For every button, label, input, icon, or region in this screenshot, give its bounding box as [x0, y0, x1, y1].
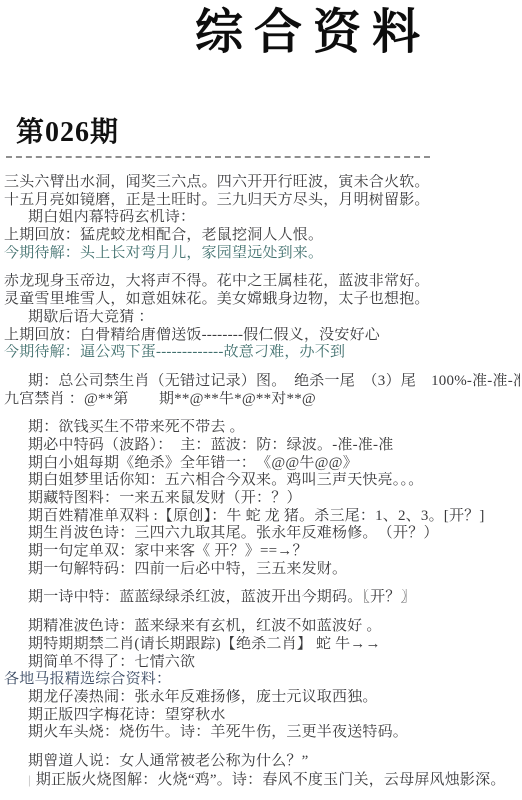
text-line: |期正版火烧图解：火烧“鸡”。诗：春风不度玉门关，云母屏风烛影深。: [4, 771, 520, 789]
text-line: 期必中特码（波路）： 主：蓝波：防：绿波。-准-准-准: [4, 437, 520, 455]
text-line: 期白姐梦里话你知：五六相合今双来。鸡叫三声天快亮。。。: [4, 472, 520, 490]
text-line: 灵童雪里堆雪人，如意姐妹花。美女嫦蛾身边物，太子也想抱。: [4, 291, 520, 309]
text-line: 期一句定单双：家中来客《 开？》==→？: [4, 543, 520, 561]
text-line: 期歇后语大竞猜 ：: [4, 309, 520, 327]
text-line: 期藏特图料：一来五来鼠发财（开：？）: [4, 490, 520, 508]
blank-line: [4, 408, 520, 419]
text-line: 各地马报精选综合资料：: [4, 671, 520, 689]
text-line: 期火车头烧：烧伤牛。诗：羊死牛伤，三更半夜送特码。: [4, 724, 520, 742]
text-line: 期白小姐每期《绝杀》全年错一： 《@@牛@@》: [4, 455, 520, 473]
text-line: 期：总公司禁生肖（无错过记录）图。 绝杀一尾 （3）尾 100%-准-准-准: [4, 373, 520, 391]
text-line: 期特期期禁二肖(请长期跟踪)【绝杀二肖】 蛇 牛→→: [4, 636, 520, 654]
text-line: 上期回放：白骨精给唐僧送饭--------假仁假义，没安好心: [4, 327, 520, 345]
text-line: 期曾道人说：女人通常被老公称为什么？”: [4, 753, 520, 771]
text-line: 期精准波色诗：蓝来绿来有玄机，红波不如蓝波好 。: [4, 618, 520, 636]
issue-heading: 第026期: [16, 110, 119, 150]
text-line: 九宫禁肖 ：@**第 期**@**牛*@**对**@: [4, 391, 520, 409]
text-line: 期白姐内幕特码玄机诗：: [4, 209, 520, 227]
blank-line: [4, 362, 520, 373]
text-line: 三头六臂出水洞，闻奖三六点。四六开开行旺波，寅未合火软。: [4, 174, 520, 192]
margin-tick: |: [28, 772, 31, 787]
text-line: 期一诗中特：蓝蓝绿绿杀红波，蓝波开出今期码。〖开？〗: [4, 589, 520, 607]
text-line: 赤龙现身玉帝边，大将声不得。花中之王属桂花，蓝波非常好。: [4, 273, 520, 291]
blank-line: [4, 262, 520, 273]
text-line: 十五月亮如镜磨，正是土旺时。三九归天方尽头，月明树留影。: [4, 192, 520, 210]
blank-line: [4, 578, 520, 589]
text-line: 期生肖波色诗：三四六九取其尾。张永年反难杨修。 （开？）: [4, 525, 520, 543]
document-page: 综合资料 第026期 三头六臂出水洞，闻奖三六点。四六开开行旺波，寅未合火软。十…: [0, 0, 522, 800]
text-line: 期简单不得了：七情六欲: [4, 654, 520, 672]
text-line: 今期待解：逼公鸡下蛋-------------故意刁难，办不到: [4, 344, 520, 362]
text-line: 期：欲钱买生不带来死不带去 。: [4, 419, 520, 437]
blank-line: [4, 742, 520, 753]
text-line: 期龙仔凑热闹：张永年反难扬修，庞士元议取西独。: [4, 689, 520, 707]
text-line: 上期回放：猛虎蛟龙相配合，老鼠挖洞人人恨。: [4, 227, 520, 245]
text-line: 期正版四字梅花诗：望穿秋水: [4, 707, 520, 725]
blank-line: [4, 607, 520, 618]
text-line: 今期待解：头上长对弯月儿，家园望远处到来。: [4, 245, 520, 263]
page-title: 综合资料: [52, 0, 522, 66]
text-line: 期一句解特码：四前一后必中特，三五来发财。: [4, 561, 520, 579]
body-text: 三头六臂出水洞，闻奖三六点。四六开开行旺波，寅未合火软。十五月亮如镜磨，正是土旺…: [4, 174, 520, 788]
text-line: 期百姓精准单双料 :【原创】：牛 蛇 龙 猪。杀三尾：1、2、3。[开？]: [4, 508, 520, 526]
dashed-divider: [6, 156, 430, 158]
